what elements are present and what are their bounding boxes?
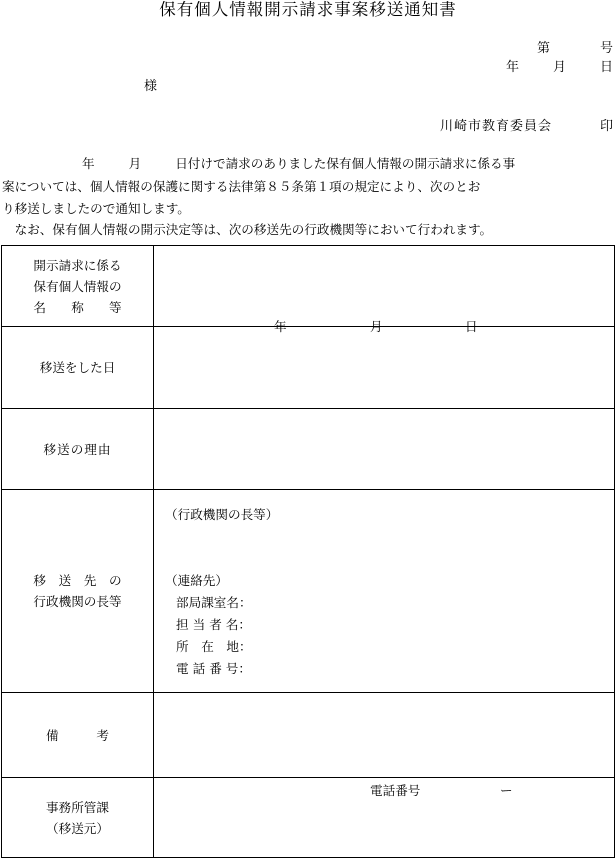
transfer-date-day: 日 xyxy=(465,321,478,334)
address-label: 所 在 地： xyxy=(176,641,252,654)
addressee-suffix: 様 xyxy=(144,80,157,93)
date-year-label: 年 xyxy=(506,61,519,74)
field-info-name[interactable] xyxy=(154,246,615,327)
label-info-name: 開示請求に係る 保有個人情報の 名 称 等 xyxy=(2,246,154,327)
row-origin-office: 事務所管課 （移送元） 電話番号 ー xyxy=(2,778,615,858)
label-transfer-date: 移送をした日 xyxy=(2,327,154,409)
destination-head-label: （行政機関の長等） xyxy=(165,509,278,522)
body-year: 年 xyxy=(82,156,95,171)
phone-label: 電 話 番 号： xyxy=(176,663,251,676)
label-line: 移 送 先 の xyxy=(2,570,153,591)
label-transfer-reason: 移送の理由 xyxy=(2,409,154,490)
row-transfer-date: 移送をした日 年 月 日 xyxy=(2,327,615,409)
label-origin-office: 事務所管課 （移送元） xyxy=(2,778,154,858)
transfer-details-table: 開示請求に係る 保有個人情報の 名 称 等 移送をした日 年 月 日 移送の理由… xyxy=(1,245,615,858)
transfer-date-year: 年 xyxy=(274,321,287,334)
body-month: 月 xyxy=(129,156,142,171)
row-transfer-reason: 移送の理由 xyxy=(2,409,615,490)
body-line-1-text: 日付けで請求のありました保有個人情報の開示請求に係る事 xyxy=(175,156,515,171)
label-line: 保有個人情報の xyxy=(2,276,153,297)
label-line: 事務所管課 xyxy=(2,797,153,818)
document-title: 保有個人情報開示請求事案移送通知書 xyxy=(0,2,616,19)
label-line: （移送元） xyxy=(2,818,153,839)
row-remarks: 備 考 xyxy=(2,693,615,778)
doc-number-prefix: 第 xyxy=(537,42,550,55)
field-origin-office[interactable]: 電話番号 ー xyxy=(154,778,615,858)
label-destination: 移 送 先 の 行政機関の長等 xyxy=(2,490,154,693)
body-line-4: なお、保有個人情報の開示決定等は、次の移送先の行政機関等において行われます。 xyxy=(2,219,614,241)
origin-phone-label: 電話番号 xyxy=(370,785,420,798)
dept-label: 部局課室名： xyxy=(176,597,252,610)
transfer-date-month: 月 xyxy=(370,321,383,334)
person-label: 担 当 者 名： xyxy=(176,619,251,632)
label-line: 名 称 等 xyxy=(2,297,153,318)
doc-number-suffix: 号 xyxy=(600,42,613,55)
row-destination: 移 送 先 の 行政機関の長等 （行政機関の長等） （連絡先） 部局課室名： 担… xyxy=(2,490,615,693)
label-line: 開示請求に係る xyxy=(2,255,153,276)
body-line-3: り移送しましたので通知します。 xyxy=(2,198,614,220)
row-info-name: 開示請求に係る 保有個人情報の 名 称 等 xyxy=(2,246,615,327)
field-remarks[interactable] xyxy=(154,693,615,778)
field-transfer-reason[interactable] xyxy=(154,409,615,490)
field-destination[interactable]: （行政機関の長等） （連絡先） 部局課室名： 担 当 者 名： 所 在 地： 電… xyxy=(154,490,615,693)
issuer-name: 川崎市教育委員会 xyxy=(440,120,552,133)
body-line-2: 案については、個人情報の保護に関する法律第８５条第１項の規定により、次のとお xyxy=(2,176,614,198)
label-line: 行政機関の長等 xyxy=(2,591,153,612)
date-day-label: 日 xyxy=(600,61,613,74)
contact-label: （連絡先） xyxy=(165,575,228,588)
field-transfer-date[interactable]: 年 月 日 xyxy=(154,327,615,409)
origin-phone-dash: ー xyxy=(500,785,513,798)
body-line-1: 年月日付けで請求のありました保有個人情報の開示請求に係る事 xyxy=(2,153,614,175)
date-month-label: 月 xyxy=(553,61,566,74)
seal-mark: 印 xyxy=(600,120,613,133)
label-remarks: 備 考 xyxy=(2,693,154,778)
